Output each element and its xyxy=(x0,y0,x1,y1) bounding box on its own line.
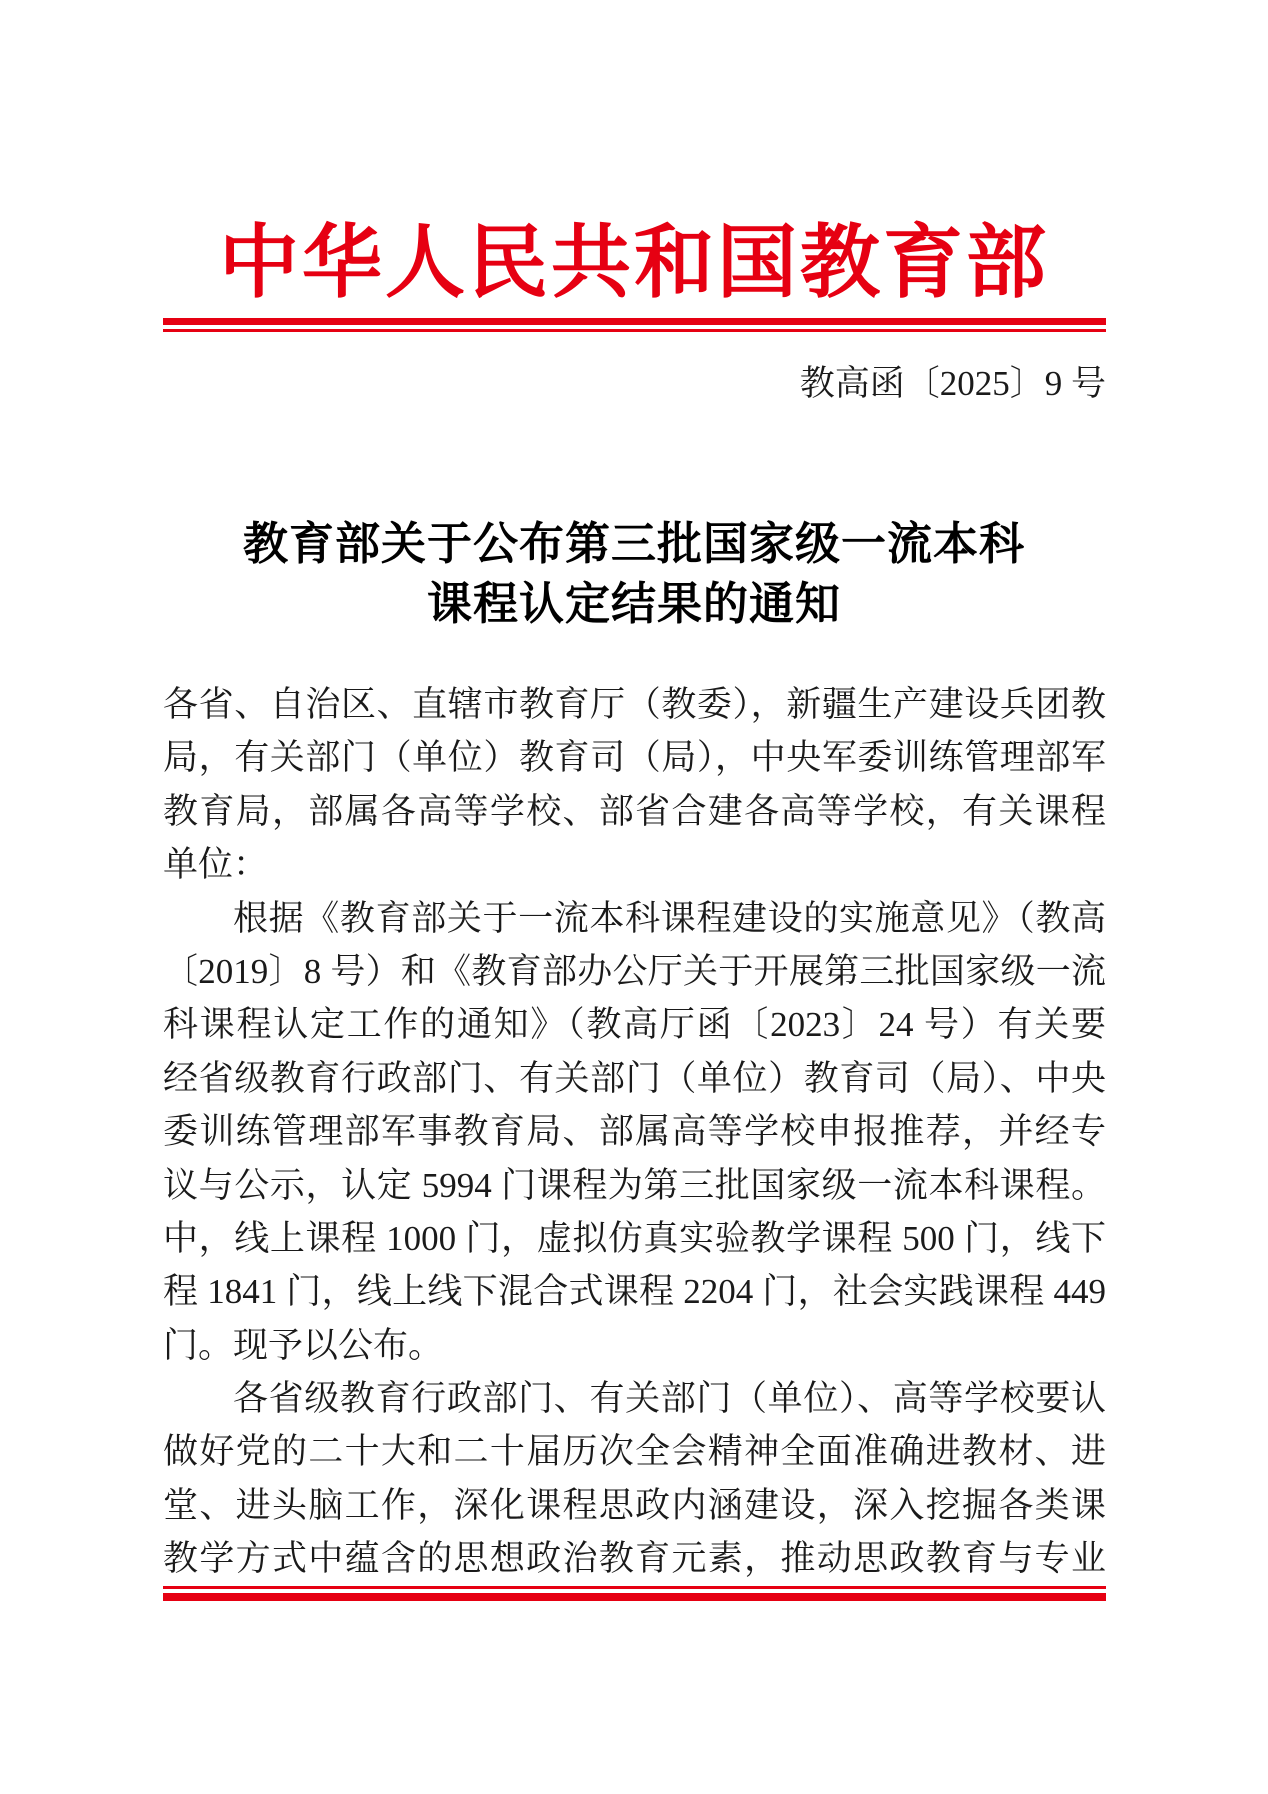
body-line: 委训练管理部军事教育局、部属高等学校申报推荐，并经专家评 xyxy=(163,1105,1106,1158)
body-line: 各省级教育行政部门、有关部门（单位）、高等学校要认真 xyxy=(163,1372,1106,1425)
document-title: 教育部关于公布第三批国家级一流本科 课程认定结果的通知 xyxy=(0,514,1268,634)
body-line: 程 1841 门，线上线下混合式课程 2204 门，社会实践课程 449 xyxy=(163,1265,1106,1318)
body-line: 教育局，部属各高等学校、部省合建各高等学校，有关课程平台 xyxy=(163,785,1106,838)
document-title-line2: 课程认定结果的通知 xyxy=(0,574,1268,634)
official-document-page: 中华人民共和国教育部 教高函〔2025〕9 号 教育部关于公布第三批国家级一流本… xyxy=(0,0,1268,1794)
footer-divider-thick xyxy=(163,1593,1106,1601)
document-title-line1: 教育部关于公布第三批国家级一流本科 xyxy=(0,514,1268,574)
body-line: 局，有关部门（单位）教育司（局），中央军委训练管理部军事 xyxy=(163,731,1106,784)
letterhead-divider-thin xyxy=(163,329,1106,332)
letterhead-divider-thick xyxy=(163,318,1106,325)
body-line: 堂、进头脑工作，深化课程思政内涵建设，深入挖掘各类课程和 xyxy=(163,1479,1106,1532)
body-line: 单位： xyxy=(163,838,1106,891)
body-line: 中，线上课程 1000 门，虚拟仿真实验教学课程 500 门，线下课 xyxy=(163,1212,1106,1265)
ministry-letterhead-title: 中华人民共和国教育部 xyxy=(0,198,1268,313)
body-line: 根据《教育部关于一流本科课程建设的实施意见》（教高 xyxy=(163,892,1106,945)
body-line: 经省级教育行政部门、有关部门（单位）教育司（局）、中央军 xyxy=(163,1052,1106,1105)
body-line: 门。现予以公布。 xyxy=(163,1319,1106,1372)
body-line: 议与公示，认定 5994 门课程为第三批国家级一流本科课程。其 xyxy=(163,1159,1106,1212)
footer-divider-thin xyxy=(163,1586,1106,1589)
body-line: 做好党的二十大和二十届历次全会精神全面准确进教材、进课 xyxy=(163,1425,1106,1478)
body-line: 各省、自治区、直辖市教育厅（教委），新疆生产建设兵团教育 xyxy=(163,678,1106,731)
body-line: 科课程认定工作的通知》（教高厅函〔2023〕24 号）有关要求， xyxy=(163,998,1106,1051)
document-reference-number: 教高函〔2025〕9 号 xyxy=(163,356,1106,406)
body-line: 〔2019〕8 号）和《教育部办公厅关于开展第三批国家级一流本 xyxy=(163,945,1106,998)
body-line: 教学方式中蕴含的思想政治教育元素，推动思政教育与专业教育 xyxy=(163,1532,1106,1585)
document-body: 各省、自治区、直辖市教育厅（教委），新疆生产建设兵团教育 局，有关部门（单位）教… xyxy=(163,678,1106,1586)
